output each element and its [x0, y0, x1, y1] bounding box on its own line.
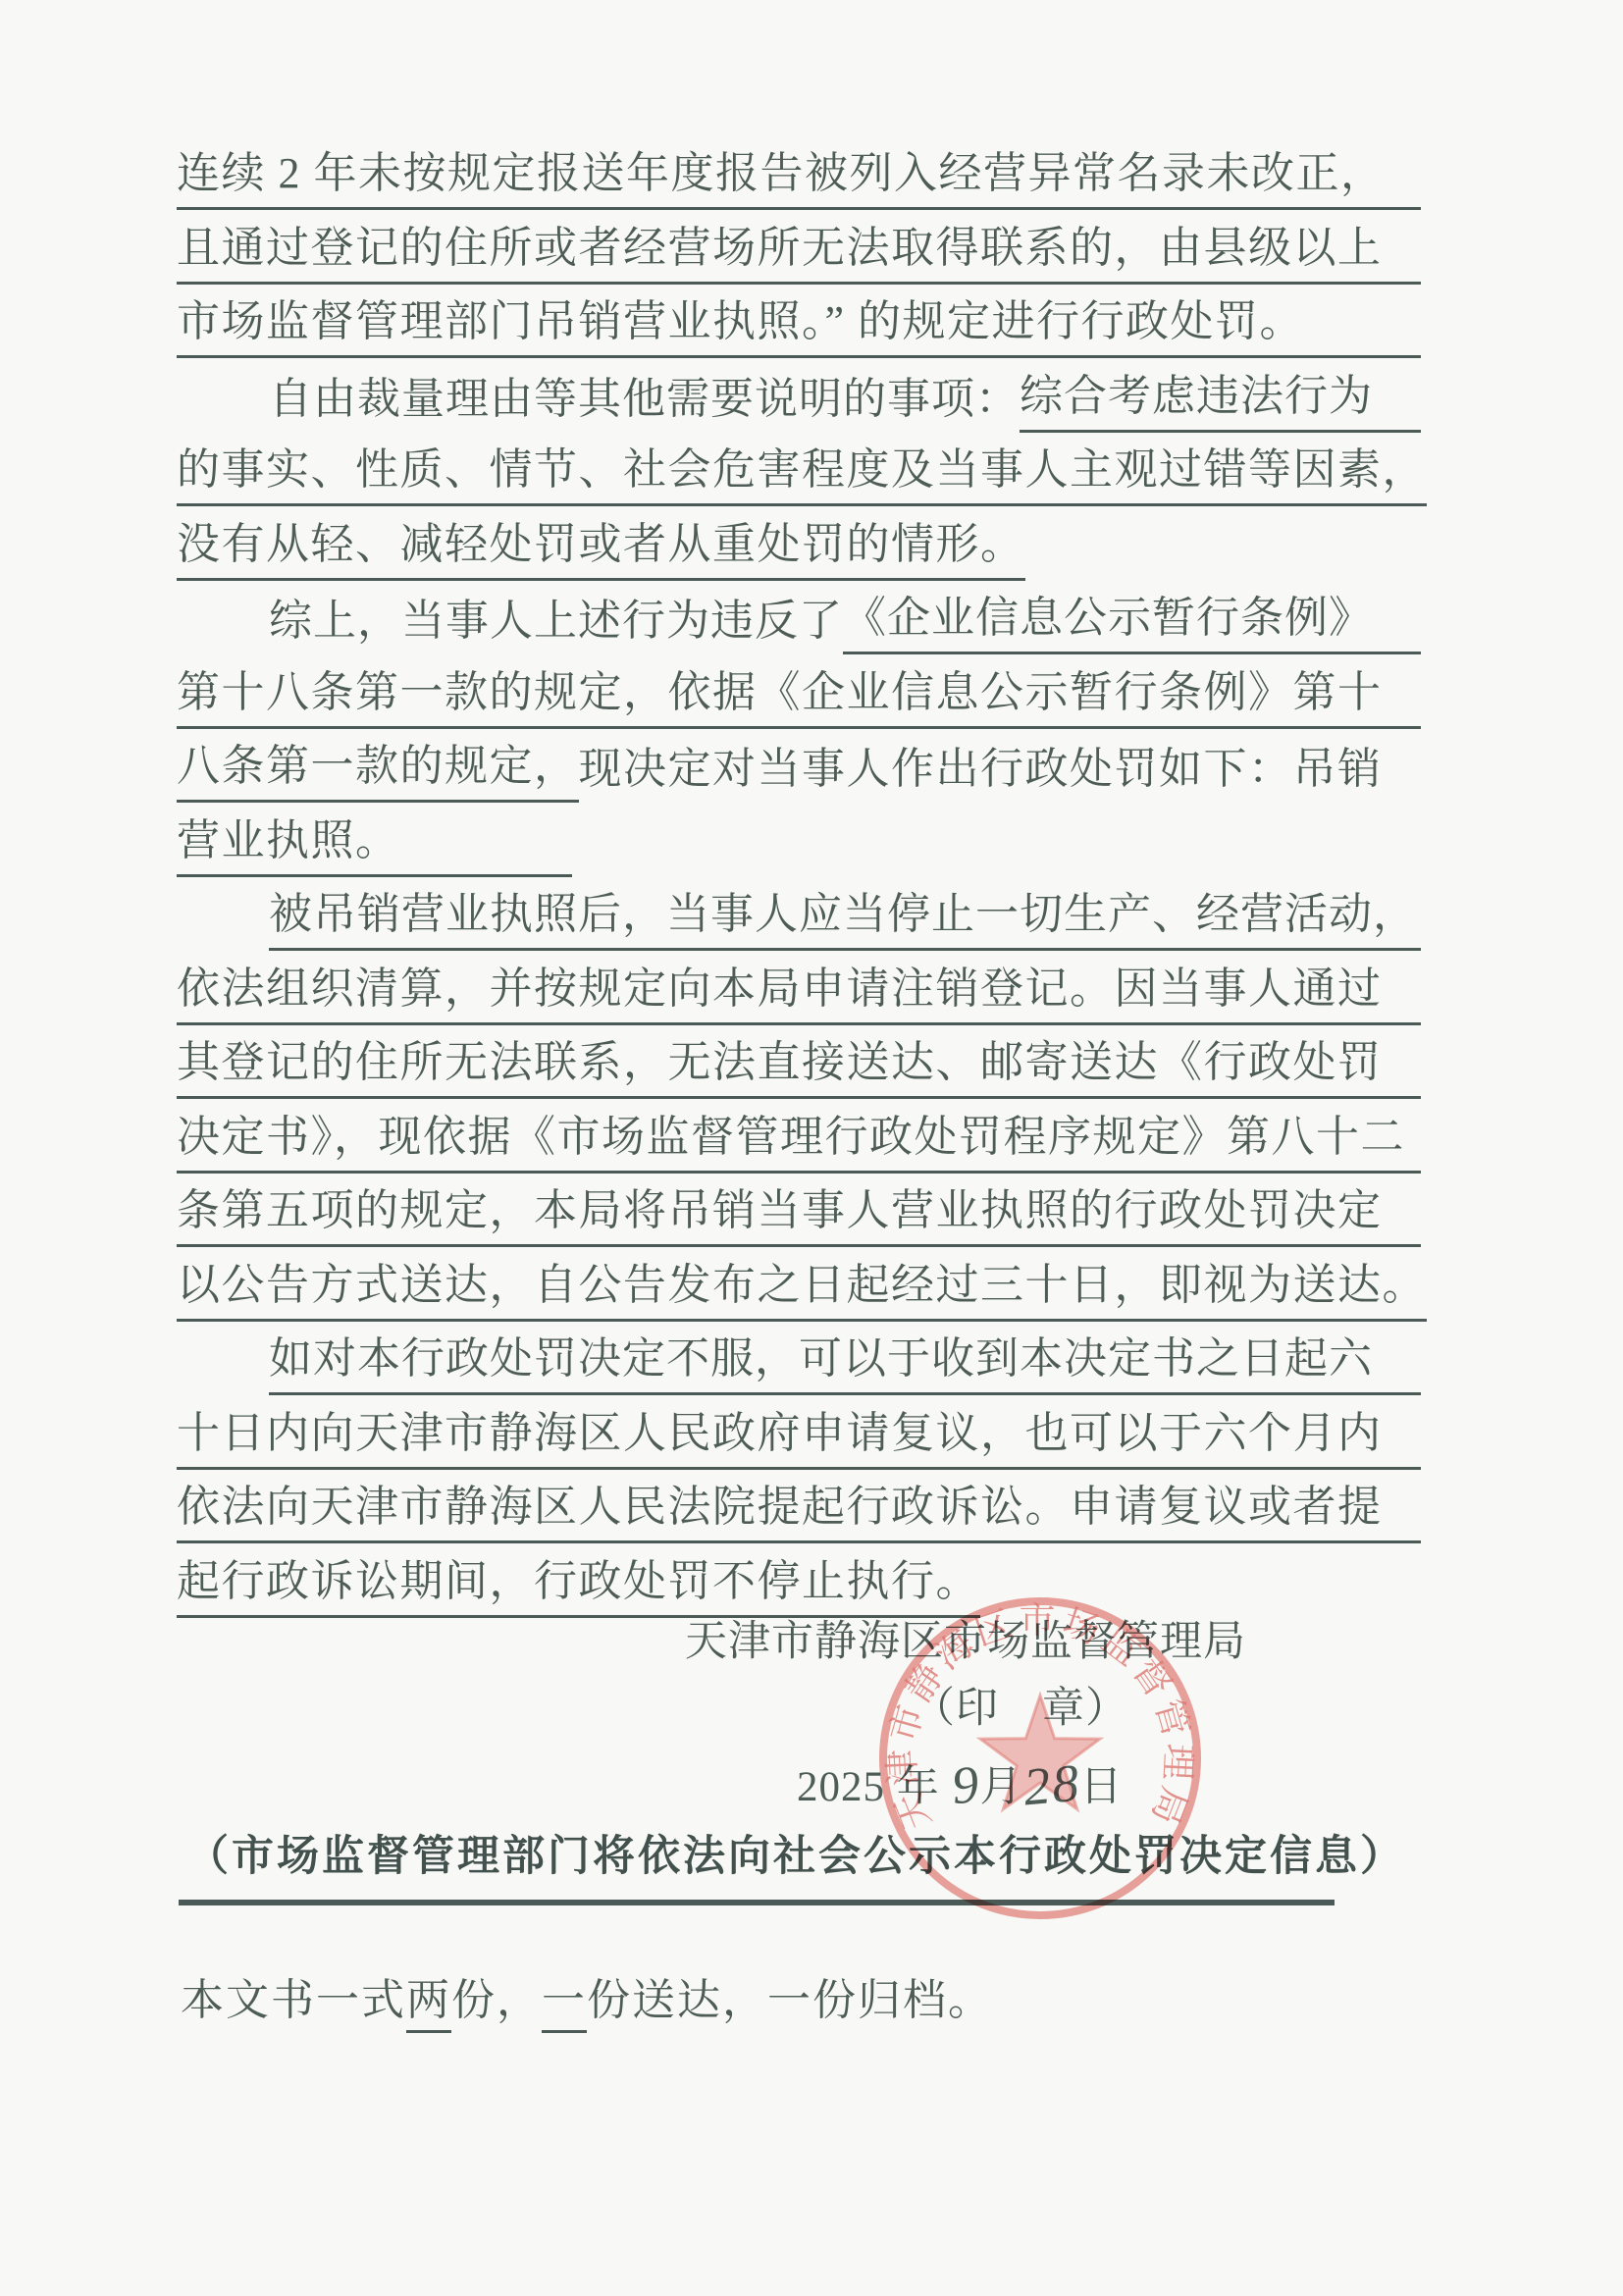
body-line-5: 的事实、性质、情节、社会危害程度及当事人主观过错等因素， [177, 434, 1421, 506]
line-text: 的事实、性质、情节、社会危害程度及当事人主观过错等因素， [177, 448, 1427, 506]
paragraph-indent [177, 939, 269, 951]
line-text: 其登记的住所无法联系，无法直接送达、邮寄送达《行政处罚 [177, 1041, 1383, 1099]
line-text: 综上，当事人上述行为违反了 [269, 600, 843, 654]
underline-extension [1386, 195, 1422, 210]
line-text: 市场监督管理部门吊销营业执照。” 的规定进行行政处罚。 [177, 300, 1304, 358]
underline-extension [1383, 1232, 1422, 1247]
body-line-4: 自由裁量理由等其他需要说明的事项：综合考虑违法行为 [177, 360, 1421, 433]
copies-note-underlined: 两 [406, 1976, 451, 2033]
line-text: 条第五项的规定，本局将吊销当事人营业执照的行政处罚决定 [177, 1189, 1383, 1247]
copies-note-text: 份送达，一份归档。 [587, 1976, 993, 2024]
seal-star-icon [980, 1696, 1100, 1809]
line-text: 被吊销营业执照后，当事人应当停止一切生产、经营活动， [269, 893, 1417, 951]
copies-note-text: 本文书一式 [181, 1976, 406, 2024]
body-line-2: 且通过登记的住所或者经营场所无法取得联系的，由县级以上 [177, 212, 1421, 285]
body-line-3: 市场监督管理部门吊销营业执照。” 的规定进行行政处罚。 [177, 286, 1421, 358]
official-seal: 天津市静海区市场监督管理局 [871, 1590, 1210, 1928]
underline-extension [1383, 1084, 1422, 1099]
body-line-17: 如对本行政处罚决定不服，可以于收到本决定书之日起六 [177, 1323, 1421, 1395]
line-text: 以公告方式送达，自公告发布之日起经过三十日，即视为送达。 [177, 1264, 1427, 1322]
underline-extension [1373, 1381, 1421, 1395]
body-line-6: 没有从轻、减轻处罚或者从重处罚的情形。 [177, 508, 1421, 581]
underline-extension [400, 862, 572, 877]
underline-extension [1405, 1159, 1421, 1174]
body-line-11: 被吊销营业执照后，当事人应当停止一切生产、经营活动， [177, 878, 1421, 951]
paragraph-indent [177, 421, 269, 433]
body-line-16: 以公告方式送达，自公告发布之日起经过三十日，即视为送达。 [177, 1249, 1421, 1322]
line-text: 十日内向天津市静海区人民政府申请复议，也可以于六个月内 [177, 1412, 1383, 1470]
line-text: 决定书》，现依据《市场监督管理行政处罚程序规定》第八十二 [177, 1116, 1405, 1174]
underline-extension [1304, 343, 1421, 358]
underline-extension [1383, 270, 1422, 285]
body-line-9: 八条第一款的规定，现决定对当事人作出行政处罚如下：吊销 [177, 730, 1421, 803]
line-text: 依法组织清算，并按规定向本局申请注销登记。因当事人通过 [177, 967, 1383, 1025]
copies-note: 本文书一式两份，一份送达，一份归档。 [181, 1964, 993, 2027]
line-text: 没有从轻、减轻处罚或者从重处罚的情形。 [177, 523, 1025, 581]
line-text: 第十八条第一款的规定，依据《企业信息公示暂行条例》第十 [177, 671, 1383, 729]
publicity-notice: （市场监督管理部门将依法向社会公示本行政处罚决定信息） [186, 1823, 1405, 1883]
copies-note-underlined: 一 [542, 1976, 587, 2033]
document-page: 连续 2 年未按规定报送年度报告被列入经营异常名录未改正， 且通过登记的住所或者… [0, 0, 1623, 2296]
line-text: 且通过登记的住所或者经营场所无法取得联系的，由县级以上 [177, 227, 1383, 285]
body-line-8: 第十八条第一款的规定，依据《企业信息公示暂行条例》第十 [177, 656, 1421, 729]
underline-extension [1417, 936, 1421, 951]
line-text: 如对本行政处罚决定不服，可以于收到本决定书之日起六 [269, 1337, 1373, 1395]
line-text-underlined: 综合考虑违法行为 [1020, 375, 1373, 433]
underline-extension [1383, 1011, 1422, 1025]
line-text: 营业执照。 [177, 819, 400, 877]
body-line-15: 条第五项的规定，本局将吊销当事人营业执照的行政处罚决定 [177, 1174, 1421, 1247]
body-line-18: 十日内向天津市静海区人民政府申请复议，也可以于六个月内 [177, 1397, 1421, 1470]
copies-note-text: 份， [451, 1976, 542, 2024]
body-line-14: 决定书》，现依据《市场监督管理行政处罚程序规定》第八十二 [177, 1101, 1421, 1174]
line-text-underlined: 《企业信息公示暂行条例》 [843, 597, 1373, 654]
line-text: 连续 2 年未按规定报送年度报告被列入经营异常名录未改正， [177, 152, 1386, 210]
line-text: 现决定对当事人作出行政处罚如下：吊销 [579, 748, 1383, 803]
body-line-10: 营业执照。 [177, 805, 1421, 877]
underline-extension [1383, 1529, 1422, 1543]
body-line-7: 综上，当事人上述行为违反了《企业信息公示暂行条例》 [177, 582, 1421, 654]
body-line-12: 依法组织清算，并按规定向本局申请注销登记。因当事人通过 [177, 953, 1421, 1025]
line-text: 起行政诉讼期间，行政处罚不停止执行。 [177, 1560, 980, 1618]
body-line-19: 依法向天津市静海区人民法院提起行政诉讼。申请复议或者提 [177, 1471, 1421, 1543]
underline-extension [1373, 640, 1421, 654]
line-text: 自由裁量理由等其他需要说明的事项： [269, 378, 1020, 433]
line-text: 依法向天津市静海区人民法院提起行政诉讼。申请复议或者提 [177, 1486, 1383, 1543]
body-line-20: 起行政诉讼期间，行政处罚不停止执行。 [177, 1545, 1421, 1618]
paragraph-indent [177, 643, 269, 654]
underline-extension [1373, 418, 1421, 433]
underline-extension [1383, 1455, 1422, 1470]
line-text-underlined: 八条第一款的规定， [177, 745, 579, 803]
paragraph-indent [177, 1383, 269, 1395]
body-line-13: 其登记的住所无法联系，无法直接送达、邮寄送达《行政处罚 [177, 1026, 1421, 1099]
body-line-1: 连续 2 年未按规定报送年度报告被列入经营异常名录未改正， [177, 137, 1421, 210]
underline-extension [1383, 714, 1422, 729]
